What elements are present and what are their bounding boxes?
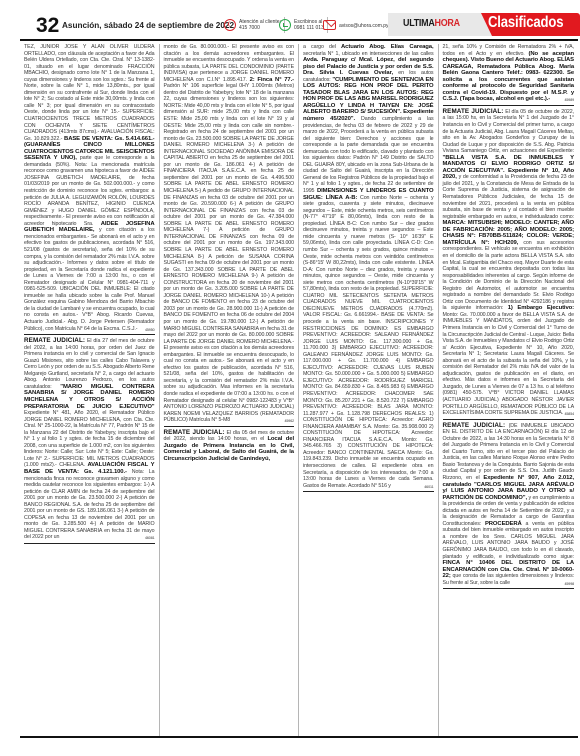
whatsapp-icon (279, 19, 291, 31)
notice-code: 45950 (143, 327, 155, 334)
notice-text: Nota: La mencionada finca no reconoce gr… (24, 469, 155, 540)
mail-icon (323, 20, 336, 30)
column-1: TEZ, JUNIOR JOSE Y ALAN OLIVER ULDERA OR… (20, 44, 160, 738)
publication-date: Asunción, sábado 24 de septiembre de 202… (62, 21, 234, 30)
notice-text: (DE INMUEBLE UBICADO EN EL DISTRITO DE L… (443, 423, 575, 481)
notice-text: TEZ, JUNIOR JOSE Y ALAN OLIVER ULDERA OR… (24, 44, 155, 142)
whatsapp-contact[interactable]: Escribinos al 0981 111 013 (279, 16, 324, 34)
notice-title: REMATE JUDICIAL: (164, 429, 225, 436)
notice: REMATE JUDICIAL: (DE INMUEBLE UBICADO EN… (443, 423, 575, 590)
notice-code: 45998 (563, 581, 575, 588)
notice: monto de Gs. 80.000.000.- El presente av… (164, 44, 295, 427)
notice-code: 46081 (143, 535, 155, 542)
notice-text: El día 27 del mes de octubre del 2022, a… (24, 338, 155, 390)
notice-bold: (No se aceptan cheques). Visto Bueno del… (443, 51, 575, 103)
phone-icon (224, 19, 236, 31)
notice: REMATE JUDICIAL: El día 05 del mes de oc… (164, 430, 295, 465)
notice-text: a cargo del (303, 44, 336, 50)
notice-text: Dando cumplimiento a las providencias, d… (303, 116, 434, 194)
notice-text: Con rumbo Norte – ochenta y siete grados… (303, 195, 434, 489)
notice: 21, seña 10% y Comisión de Rematadora 2%… (443, 44, 575, 106)
notice-text: a venta en pública subasta del bien inmu… (443, 521, 575, 560)
notice-bold: PROCEDERÁ (485, 521, 522, 527)
classifieds-columns: TEZ, JUNIOR JOSE Y ALAN OLIVER ULDERA OR… (20, 44, 578, 738)
notice-text: secretaría N° 1, ubicado en interseccion… (303, 51, 434, 57)
column-3: a cargo del Actuario Abog. Elías Careaga… (299, 44, 439, 738)
notice: REMATE JUDICIAL: El día 27 del mes de oc… (24, 338, 155, 544)
notice-text: Monto: Gs. 70.000.000 a favor de BELLA V… (443, 312, 575, 416)
notice: REMATE JUDICIAL: El día 05 de octubre de… (443, 109, 575, 420)
notice-bold: 1) Embargo Ejecutivo: (508, 305, 574, 311)
notice: a cargo del Actuario Abog. Elías Careaga… (303, 44, 434, 492)
notice-code: 46011 (422, 484, 433, 491)
notice-code: 45989 (563, 97, 575, 104)
ultimahora-logo[interactable]: ULTIMAHORA (403, 17, 460, 29)
section-title: Clasificados (488, 14, 563, 32)
notice-title: REMATE JUDICIAL: (443, 422, 506, 429)
customer-service-contact[interactable]: Atención al cliente: 415 7000 (224, 16, 281, 34)
notice-code: 45962 (283, 418, 295, 425)
notice-text: El día 05 de octubre de 2022, a las 15:0… (443, 109, 575, 154)
notice-text: que consta de las siguientes dimensiones… (443, 573, 575, 586)
notice: TEZ, JUNIOR JOSE Y ALAN OLIVER ULDERA OR… (24, 44, 155, 335)
notice-text: Expediente N° 481, Año 2020, el Rematado… (24, 410, 155, 468)
contact-value: 0981 111 013 (294, 25, 324, 31)
column-2: monto de Gs. 80.000.000.- El presente av… (160, 44, 300, 738)
header-rule (20, 39, 578, 41)
notice-text: parte que le corresponde a la demandada … (24, 155, 155, 226)
email-contact[interactable]: avisos@uhora.com.py (323, 16, 389, 34)
notice-title: REMATE JUDICIAL: (443, 108, 504, 115)
notice-bold: 2: Finca N° 77.- (250, 77, 294, 83)
notice-text: y de conformidad a la Providencia de fec… (443, 174, 575, 219)
contact-value: 415 7000 (239, 25, 281, 31)
column-4: 21, seña 10% y Comisión de Rematadora 2%… (439, 44, 579, 738)
notice-code: 45854 (563, 411, 575, 418)
notice-text: con sus accesorios correspondientes. El … (443, 240, 575, 311)
contact-email: avisos@uhora.com.py (339, 23, 389, 29)
notice-text: y con citación a los mencionados embarga… (24, 227, 155, 331)
logo-ultima: ULTIMA (403, 17, 435, 29)
masthead: 32 Asunción, sábado 24 de septiembre de … (0, 0, 580, 42)
logo-hora: HORA (435, 17, 460, 29)
footer-rule (20, 736, 578, 738)
notice-bold: Actuario Abog. Elías Careaga, (341, 44, 434, 50)
notice-text: Padrón N° 106 superficie legal 0HY 1.000… (164, 83, 295, 423)
page-number: 32 (36, 15, 59, 36)
notice-title: REMATE JUDICIAL: (24, 337, 85, 344)
